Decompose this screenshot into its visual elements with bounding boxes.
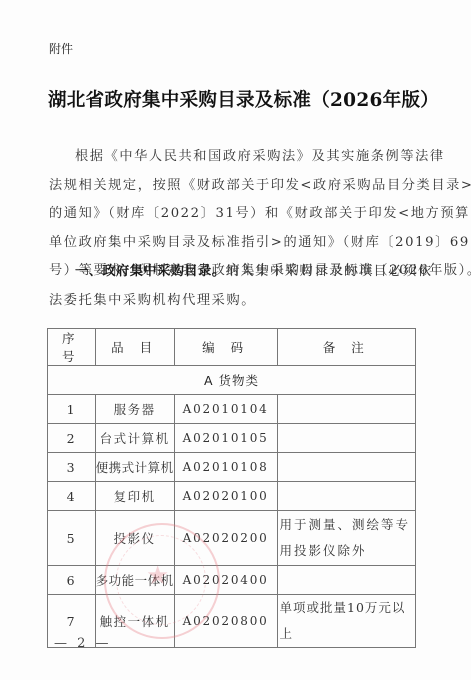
row-serial: 1 [48, 395, 96, 424]
category-label: A 货物类 [48, 366, 416, 395]
row-serial: 2 [48, 424, 96, 453]
row-note: 单项或批量10万元以上 [277, 595, 416, 648]
document-title: 湖北省政府集中采购目录及标准（2026年版） [48, 86, 439, 112]
row-note [277, 395, 416, 424]
table-row: 2 台式计算机 A02010105 [48, 424, 416, 453]
row-serial: 3 [48, 453, 96, 482]
section-one-paragraph: 一、政府集中采购目录。纳入集中采购目录的项目必须依 法委托集中采购机构代理采购。 [49, 258, 439, 315]
table-row: 1 服务器 A02010104 [48, 395, 416, 424]
row-code: A02010105 [174, 424, 277, 453]
intro-line-1: 根据《中华人民共和国政府采购法》及其实施条例等法律 [49, 143, 439, 172]
header-item: 品 目 [95, 329, 174, 366]
procurement-catalog-table: 序 号 品 目 编 码 备 注 A 货物类 1 服务器 A02010104 2 … [47, 328, 416, 648]
row-note [277, 453, 416, 482]
row-code: A02020200 [174, 511, 277, 566]
row-code: A02010108 [174, 453, 277, 482]
section-one-line-1: 一、政府集中采购目录。纳入集中采购目录的项目必须依 [49, 258, 439, 287]
row-item: 台式计算机 [95, 424, 174, 453]
category-row: A 货物类 [48, 366, 416, 395]
header-note: 备 注 [277, 329, 416, 366]
document-page: 附件 湖北省政府集中采购目录及标准（2026年版） 根据《中华人民共和国政府采购… [0, 0, 471, 680]
row-serial: 5 [48, 511, 96, 566]
row-code: A02010104 [174, 395, 277, 424]
row-code: A02020100 [174, 482, 277, 511]
intro-line-4: 单位政府集中采购目录及标准指引>的通知》（财库〔2019〕69 [49, 229, 439, 258]
table-row: 6 多功能一体机 A02020400 [48, 566, 416, 595]
intro-line-3: 的通知》（财库〔2022〕31号）和《财政部关于印发<地方预算 [49, 200, 439, 229]
header-code: 编 码 [174, 329, 277, 366]
row-item: 便携式计算机 [95, 453, 174, 482]
table-row: 4 复印机 A02020100 [48, 482, 416, 511]
row-note [277, 424, 416, 453]
section-one-heading: 一、政府集中采购目录。 [75, 264, 226, 279]
header-serial: 序 号 [48, 329, 96, 366]
row-item: 多功能一体机 [95, 566, 174, 595]
row-item: 复印机 [95, 482, 174, 511]
row-serial: 6 [48, 566, 96, 595]
row-serial: 4 [48, 482, 96, 511]
attachment-label: 附件 [49, 40, 73, 57]
row-item: 服务器 [95, 395, 174, 424]
row-note: 用于测量、测绘等专用投影仪除外 [277, 511, 416, 566]
table-row: 3 便携式计算机 A02010108 [48, 453, 416, 482]
row-note [277, 566, 416, 595]
table-header-row: 序 号 品 目 编 码 备 注 [48, 329, 416, 366]
intro-line-2: 法规相关规定，按照《财政部关于印发<政府采购品目分类目录> [49, 172, 439, 201]
row-note [277, 482, 416, 511]
row-code: A02020800 [174, 595, 277, 648]
row-code: A02020400 [174, 566, 277, 595]
section-one-line-2: 法委托集中采购机构代理采购。 [49, 287, 439, 316]
row-item: 投影仪 [95, 511, 174, 566]
table-row: 5 投影仪 A02020200 用于测量、测绘等专用投影仪除外 [48, 511, 416, 566]
section-one-text: 纳入集中采购目录的项目必须依 [226, 264, 433, 279]
page-number: — 2 — [54, 636, 112, 651]
